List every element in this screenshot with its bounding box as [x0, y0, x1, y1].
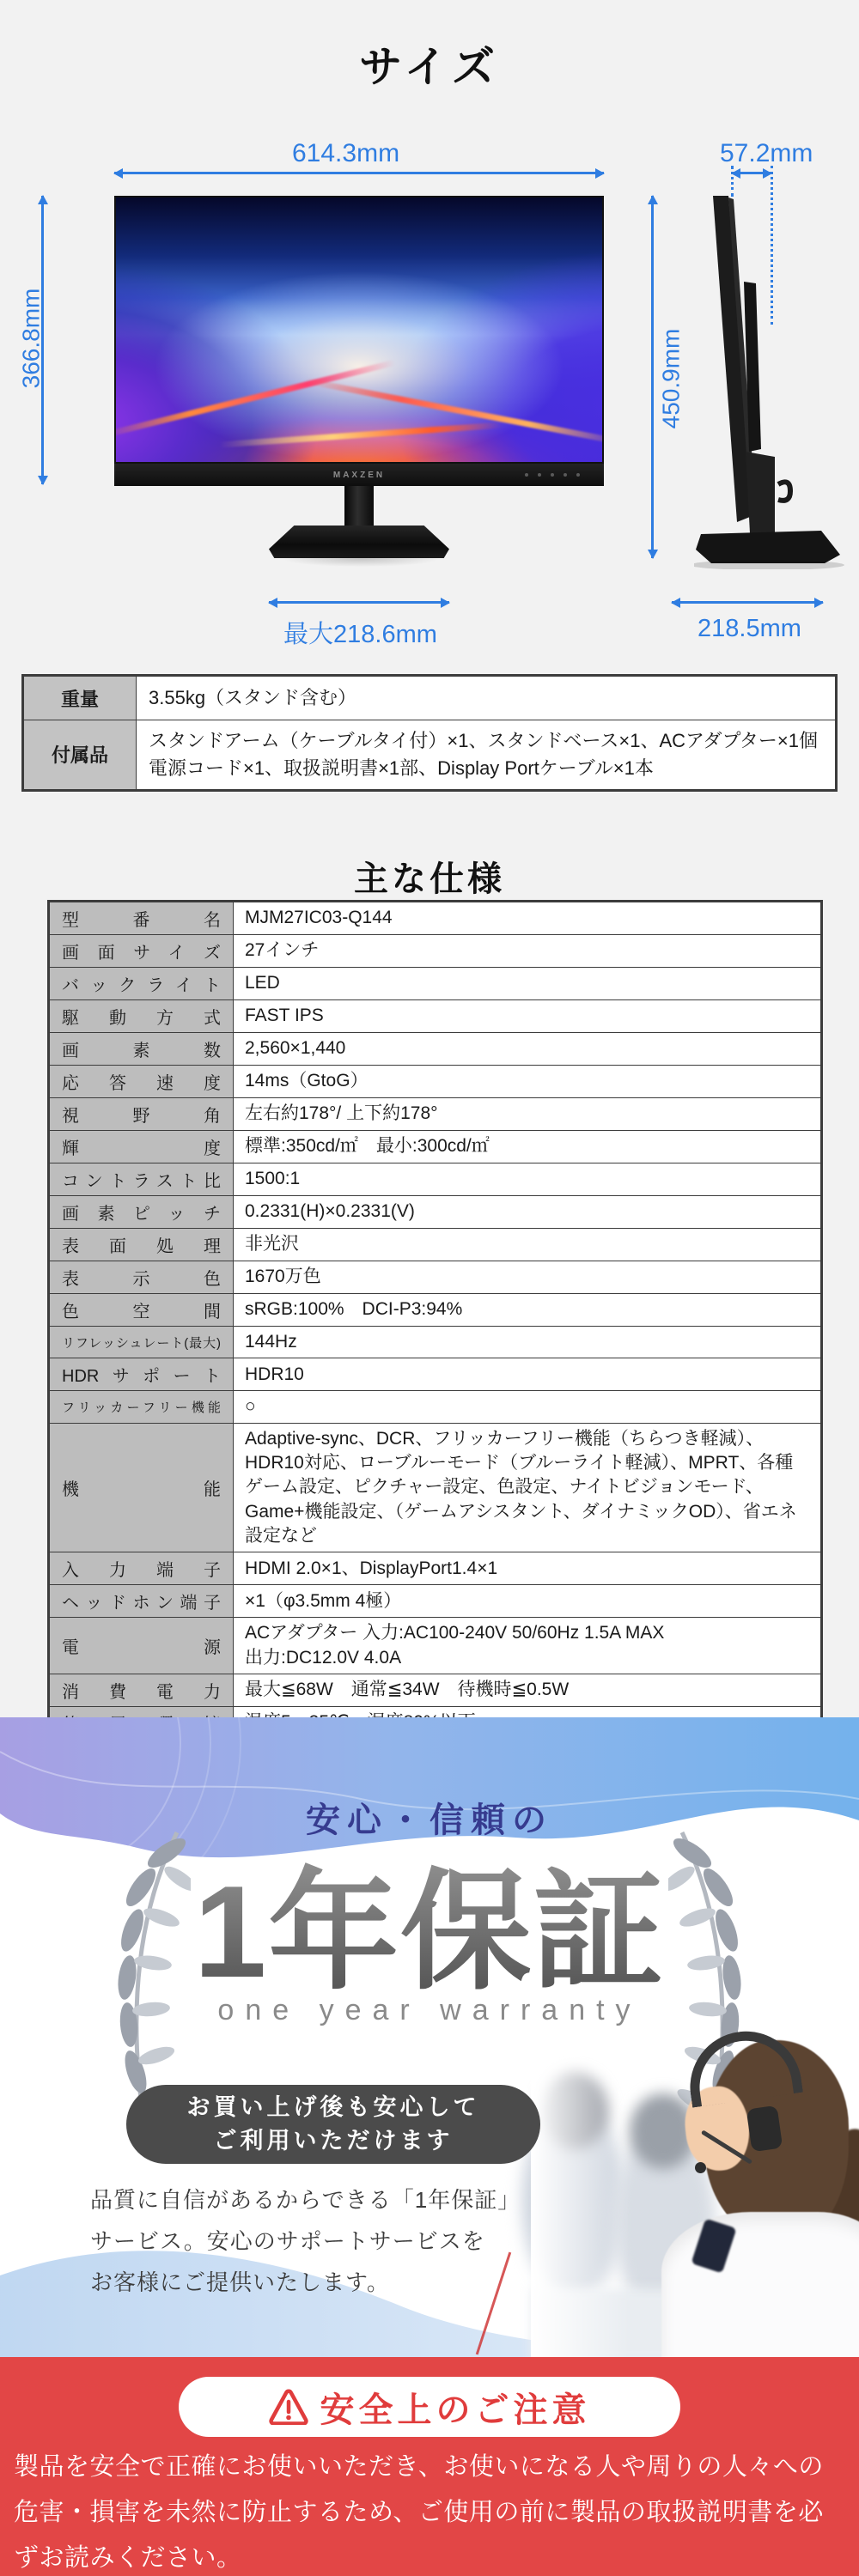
safety-section: 安全上のご注意 製品を安全で正確にお使いいただき、お使いになる人や周りの人々への… [0, 2357, 859, 2576]
stand-shadow [249, 548, 472, 570]
spec-row: 入力端子HDMI 2.0×1、DisplayPort1.4×1 [49, 1552, 822, 1585]
safety-title-pill: 安全上のご注意 [179, 2377, 680, 2437]
spec-table: 型番名MJM27IC03-Q144画面サイズ27インチバックライトLED駆動方式… [47, 900, 823, 1806]
spec-label: リフレッシュレート(最大) [49, 1327, 234, 1358]
spec-label: 入力端子 [49, 1552, 234, 1585]
spec-value: 非光沢 [234, 1229, 822, 1261]
spec-row: リフレッシュレート(最大)144Hz [49, 1327, 822, 1358]
spec-value: 2,560×1,440 [234, 1033, 822, 1066]
spec-row: フリッカーフリー機能○ [49, 1391, 822, 1423]
spec-label: HDRサポート [49, 1358, 234, 1391]
monitor-buttons [525, 473, 580, 477]
spec-row: 画素数2,560×1,440 [49, 1033, 822, 1066]
spec-value: LED [234, 968, 822, 1000]
spec-value: ○ [234, 1391, 822, 1423]
spec-row: 色空間sRGB:100% DCI-P3:94% [49, 1294, 822, 1327]
spec-row: 画素ピッチ0.2331(H)×0.2331(V) [49, 1196, 822, 1229]
dimension-stand-width-label: 最大218.6mm [283, 615, 437, 650]
spec-row: 画面サイズ27インチ [49, 935, 822, 968]
spec-label: 画素数 [49, 1033, 234, 1066]
dimension-base-depth-label: 218.5mm [698, 615, 801, 643]
warranty-body-text: 品質に自信があるからできる「1年保証」 サービス。安心のサポートサービスを お客… [90, 2179, 571, 2303]
spec-row: 応答速度14ms（GtoG） [49, 1066, 822, 1098]
spec-value: 1670万色 [234, 1261, 822, 1294]
spec-row: 表示色1670万色 [49, 1261, 822, 1294]
spec-label: フリッカーフリー機能 [49, 1391, 234, 1423]
spec-row: 表面処理非光沢 [49, 1229, 822, 1261]
spec-value: ×1（φ3.5mm 4極） [234, 1585, 822, 1618]
spec-row: 機能Adaptive-sync、DCR、フリッカーフリー機能（ちらつき軽減）、H… [49, 1423, 822, 1552]
brand-logo: MAXZEN [333, 471, 385, 480]
width-arrow [114, 172, 604, 174]
dimension-depth-label: 57.2mm [720, 139, 813, 168]
spec-value: 144Hz [234, 1327, 822, 1358]
spec-section-title: 主な仕様 [0, 852, 859, 901]
spec-label: ヘッドホン端子 [49, 1585, 234, 1618]
spec-row: コントラスト比1500:1 [49, 1163, 822, 1196]
support-staff-photo [531, 2025, 859, 2357]
spec-label: 視野角 [49, 1098, 234, 1131]
spec-value: 14ms（GtoG） [234, 1066, 822, 1098]
weight-accessories-table: 重量3.55kg（スタンド含む）付属品スタンドアーム（ケーブルタイ付）×1、スタ… [21, 674, 838, 792]
spec-label: 消費電力 [49, 1674, 234, 1707]
panel-height-arrow [41, 196, 44, 484]
size-section-title: サイズ [0, 33, 859, 94]
spec-value: FAST IPS [234, 1000, 822, 1033]
safety-body-text: 製品を安全で正確にお使いいただき、お使いになる人や周りの人々への危害・損害を未然… [14, 2445, 845, 2576]
spec-label: 画素ピッチ [49, 1196, 234, 1229]
product-page: サイズ 614.3mm 57.2mm 366.8mm 450.9mm MAXZE… [0, 0, 859, 2576]
spec-label: 表面処理 [49, 1229, 234, 1261]
spec-label: 電源 [49, 1618, 234, 1674]
spec-value: sRGB:100% DCI-P3:94% [234, 1294, 822, 1327]
total-height-arrow [651, 196, 654, 558]
spec-row: 電源ACアダプター 入力:AC100-240V 50/60Hz 1.5A MAX… [49, 1618, 822, 1674]
spec-value: ACアダプター 入力:AC100-240V 50/60Hz 1.5A MAX 出… [234, 1618, 822, 1674]
base-depth-arrow [672, 601, 823, 604]
info-label: 重量 [23, 676, 137, 720]
spec-value: Adaptive-sync、DCR、フリッカーフリー機能（ちらつき軽減）、HDR… [234, 1423, 822, 1552]
spec-row: 視野角左右約178°/ 上下約178° [49, 1098, 822, 1131]
spec-label: 型番名 [49, 902, 234, 935]
safety-title: 安全上のご注意 [320, 2383, 591, 2432]
table-row: 付属品スタンドアーム（ケーブルタイ付）×1、スタンドベース×1、ACアダプター×… [23, 720, 837, 791]
warranty-pill-line1: お買い上げ後も安心して [187, 2091, 480, 2124]
table-row: 重量3.55kg（スタンド含む） [23, 676, 837, 720]
spec-row: 輝度標準:350cd/㎡ 最小:300cd/㎡ [49, 1131, 822, 1163]
monitor-bezel: MAXZEN [114, 464, 604, 486]
monitor-side-view [694, 179, 853, 569]
dimension-width-label: 614.3mm [292, 139, 399, 168]
warning-triangle-icon [269, 2389, 308, 2425]
spec-value: 最大≦68W 通常≦34W 待機時≦0.5W [234, 1674, 822, 1707]
info-value: 3.55kg（スタンド含む） [137, 676, 837, 720]
spec-value: 0.2331(H)×0.2331(V) [234, 1196, 822, 1229]
spec-label: バックライト [49, 968, 234, 1000]
warranty-pill: お買い上げ後も安心して ご利用いただけます [126, 2085, 540, 2164]
spec-row: 型番名MJM27IC03-Q144 [49, 902, 822, 935]
spec-value: 1500:1 [234, 1163, 822, 1196]
spec-value: HDR10 [234, 1358, 822, 1391]
spec-label: 応答速度 [49, 1066, 234, 1098]
info-value: スタンドアーム（ケーブルタイ付）×1、スタンドベース×1、ACアダプター×1個 … [137, 720, 837, 791]
spec-row: HDRサポートHDR10 [49, 1358, 822, 1391]
warranty-pill-line2: ご利用いただけます [214, 2124, 454, 2158]
spec-label: 機能 [49, 1423, 234, 1552]
spec-value: 27インチ [234, 935, 822, 968]
spec-label: 駆動方式 [49, 1000, 234, 1033]
spec-value: MJM27IC03-Q144 [234, 902, 822, 935]
spec-label: 表示色 [49, 1261, 234, 1294]
spec-row: バックライトLED [49, 968, 822, 1000]
spec-label: コントラスト比 [49, 1163, 234, 1196]
spec-value: 左右約178°/ 上下約178° [234, 1098, 822, 1131]
spec-label: 輝度 [49, 1131, 234, 1163]
dimension-total-height-label: 450.9mm [657, 329, 685, 429]
info-label: 付属品 [23, 720, 137, 791]
monitor-screen [114, 196, 604, 464]
spec-row: ヘッドホン端子×1（φ3.5mm 4極） [49, 1585, 822, 1618]
spec-label: 色空間 [49, 1294, 234, 1327]
spec-row: 駆動方式FAST IPS [49, 1000, 822, 1033]
warranty-section: 安心・信頼の 1年保証 one year warranty お買い上げ後も安心し… [0, 1717, 859, 2357]
depth-arrow [732, 172, 771, 174]
spec-row: 消費電力最大≦68W 通常≦34W 待機時≦0.5W [49, 1674, 822, 1707]
monitor-front-view: MAXZEN [114, 196, 604, 486]
spec-label: 画面サイズ [49, 935, 234, 968]
spec-value: HDMI 2.0×1、DisplayPort1.4×1 [234, 1552, 822, 1585]
stand-width-arrow [269, 601, 449, 604]
spec-value: 標準:350cd/㎡ 最小:300cd/㎡ [234, 1131, 822, 1163]
warranty-big-text: 1年保証 [0, 1827, 859, 2014]
warranty-sub-text: one year warranty [0, 1994, 859, 2027]
